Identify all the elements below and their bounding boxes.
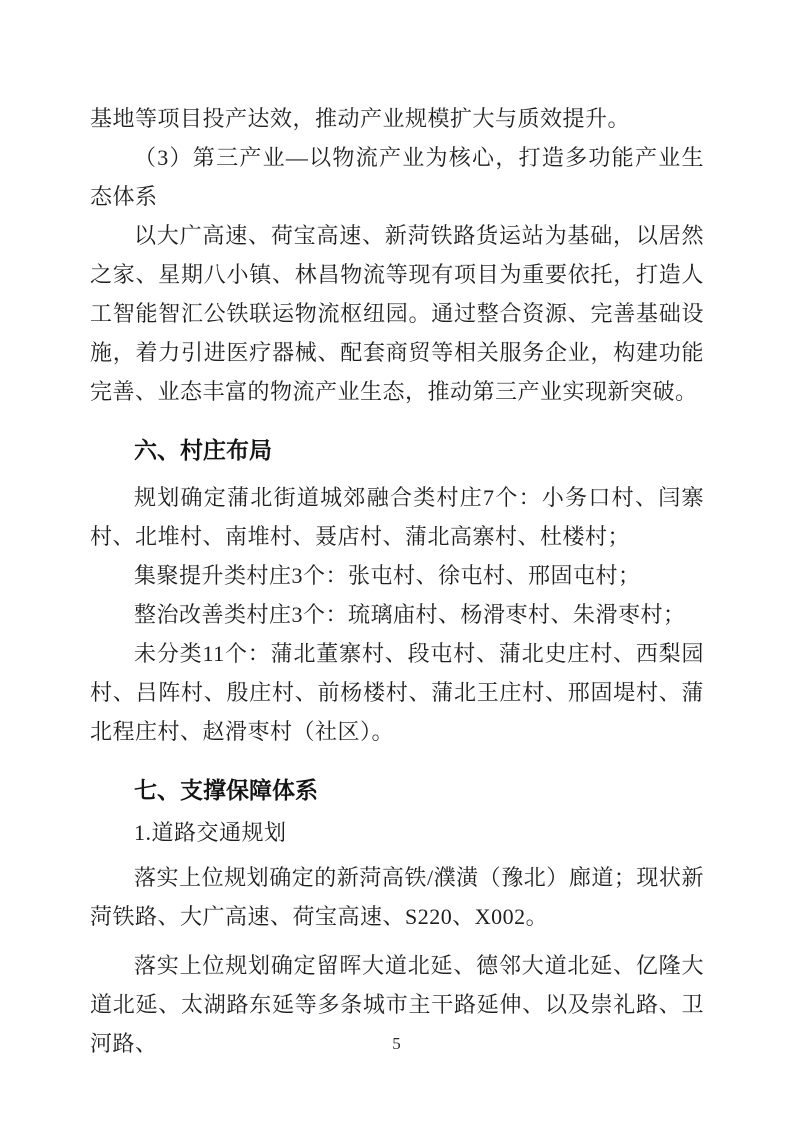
paragraph-renovation-villages: 整治改善类村庄3个：琉璃庙村、杨滑枣村、朱滑枣村； <box>90 595 704 634</box>
paragraph-urban-rural-fusion-villages: 规划确定蒲北街道城郊融合类村庄7个：小务口村、闫寨村、北堆村、南堆村、聂店村、蒲… <box>90 478 704 556</box>
page-number: 5 <box>392 1034 401 1053</box>
paragraph-logistics-detail: 以大广高速、荷宝高速、新菏铁路货运站为基础，以居然之家、星期八小镇、林昌物流等现… <box>90 216 704 411</box>
heading-section-6-village-layout: 六、村庄布局 <box>90 430 704 470</box>
document-content: 基地等项目投产达效，推动产业规模扩大与质效提升。 （3）第三产业—以物流产业为核… <box>90 99 704 1063</box>
paragraph-corridors: 落实上位规划确定的新菏高铁/濮潢（豫北）廊道；现状新菏铁路、大广高速、荷宝高速、… <box>90 858 704 936</box>
document-page: 基地等项目投产达效，推动产业规模扩大与质效提升。 （3）第三产业—以物流产业为核… <box>0 0 793 1122</box>
page-footer: 5 <box>0 1034 793 1054</box>
subheading-road-traffic-planning: 1.道路交通规划 <box>90 813 704 852</box>
heading-section-7-support-system: 七、支撑保障体系 <box>90 770 704 810</box>
paragraph-cluster-upgrade-villages: 集聚提升类村庄3个：张屯村、徐屯村、邢固屯村； <box>90 556 704 595</box>
paragraph-unclassified-villages: 未分类11个：蒲北董寨村、段屯村、蒲北史庄村、西梨园村、吕阵村、殷庄村、前杨楼村… <box>90 634 704 751</box>
paragraph-tertiary-industry-title: （3）第三产业—以物流产业为核心，打造多功能产业生态体系 <box>90 138 704 216</box>
paragraph-continuation: 基地等项目投产达效，推动产业规模扩大与质效提升。 <box>90 99 704 138</box>
